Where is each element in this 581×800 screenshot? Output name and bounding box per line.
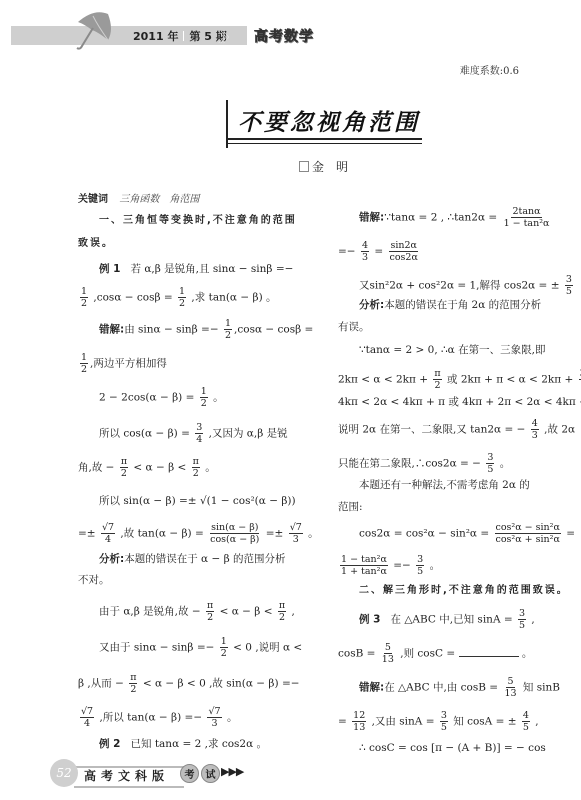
text: 2 − 2cos(α − β) = — [99, 392, 194, 404]
fraction: 1213 — [352, 710, 366, 733]
issue-info: 2011 年 第 5 期 — [133, 28, 227, 44]
text: ,故 tan(α − β) = — [120, 528, 203, 540]
wrong-solution-1: 错解:由 sinα − sinβ =− 12,cosα − cosβ = — [78, 318, 313, 341]
fraction: π2 — [278, 600, 286, 623]
fraction: 1 − tan²α1 + tan²α — [340, 554, 388, 577]
text: β ,从而 − — [78, 678, 124, 690]
fraction: 34 — [195, 422, 203, 445]
text: 又sin²2α + cos²2α = 1,解得 cos2α = ± — [359, 280, 560, 292]
example-label: 例 2 — [99, 738, 120, 750]
fraction: 35 — [486, 452, 494, 475]
text: < α − β < 0 ,故 sin(α − β) =− — [143, 678, 300, 690]
text: 。 — [308, 528, 319, 540]
text: 本题的错误在于 α − β 的范围分析 — [124, 553, 285, 565]
example-3-cont: cosB = 513 ,则 cosC = 。 — [338, 642, 532, 665]
fraction: √74 — [80, 706, 94, 729]
cos2a-correct: 只能在第二象限,∴cos2α = − 35 。 — [338, 452, 510, 475]
text: cos2α = cos²α − sin²α = — [359, 528, 489, 540]
text: = — [338, 716, 347, 728]
analysis-label: 分析: — [99, 553, 124, 565]
analysis-1-cont: 不对。 — [78, 573, 110, 587]
fraction: π2 — [192, 456, 200, 479]
text: < α − β < — [133, 462, 186, 474]
text: 。 — [522, 648, 533, 660]
fraction: 513 — [381, 642, 395, 665]
range-1: 角,故 − π2 < α − β < π2 。 — [78, 456, 216, 479]
fraction: 43 — [361, 240, 369, 263]
example-2: 例 2 已知 tanα = 2 ,求 cos2α 。 — [78, 737, 267, 751]
badge-kao: 考 — [180, 764, 199, 783]
wrong-solution-3: 错解:在 △ABC 中,由 cosB = 513 知 sinB — [338, 676, 560, 699]
text: 在 △ABC 中,由 cosB = — [384, 682, 498, 694]
fraction: 12 — [200, 386, 208, 409]
fraction: sin2αcos2α — [389, 240, 419, 263]
fraction: 35 — [518, 608, 526, 631]
sin-result: 所以 sin(α − β) =± √(1 − cos²(α − β)) — [78, 494, 296, 508]
tan-result-wrong: =± √74 ,故 tan(α − β) = sin(α − β)cos(α −… — [78, 522, 319, 545]
text: ∵tanα = 2 , ∴tan2α = — [384, 212, 497, 224]
fraction: 513 — [503, 676, 517, 699]
text: =− — [338, 246, 356, 258]
fraction: 12 — [220, 636, 228, 659]
text: 。 — [430, 560, 441, 572]
wrong-solution-2: 错解:∵tanα = 2 , ∴tan2α = 2tanα1 − tan²α — [338, 206, 552, 229]
fraction: π2 — [206, 600, 214, 623]
text: 在 △ABC 中,已知 sinA = — [390, 614, 512, 626]
analysis-label: 分析: — [359, 299, 384, 311]
author-byline: 金 明 — [299, 158, 348, 175]
example-text: 若 α,β 是锐角,且 sinα − sinβ =− — [130, 263, 293, 275]
sign-check: 又由于 sinα − sinβ =− 12 < 0 ,说明 α < — [78, 636, 302, 659]
article-title: 不要忽视角范围 — [238, 104, 420, 137]
fraction: 35 — [565, 274, 573, 297]
text: ,cosα − cosβ = — [234, 324, 313, 336]
text: 所以 cos(α − β) = — [99, 428, 190, 440]
badge-shi: 试 — [201, 764, 220, 783]
wrong-solution-label: 错解: — [99, 324, 124, 336]
issue-year: 2011 年 — [133, 28, 178, 44]
quadrant-conclusion: 说明 2α 在第一、二象限,又 tan2α = − 43 ,故 2α — [338, 418, 575, 441]
wrong-solution-1-cont: 12,两边平方相加得 — [78, 352, 167, 375]
text: = — [374, 246, 383, 258]
edition-name: 高考文科版 — [84, 767, 169, 784]
example-3: 例 3 在 △ABC 中,已知 sinA = 35 , — [338, 608, 535, 631]
fraction: 12 — [80, 286, 88, 309]
alt-result: 1 − tan²α1 + tan²α =− 35 。 — [338, 554, 440, 577]
text: < 0 ,说明 α < — [233, 642, 302, 654]
arrows-icon: ▶▶▶ — [221, 765, 243, 778]
text: 。 — [205, 462, 216, 474]
fraction: 45 — [522, 710, 530, 733]
keywords: 三角函数 角范围 — [119, 194, 199, 205]
text: = — [566, 528, 575, 540]
alt-method-cont: 范围: — [338, 500, 363, 514]
fraction: √73 — [207, 706, 221, 729]
analysis-2: 分析:本题的错误在于角 2α 的范围分析 — [338, 298, 541, 312]
text: =± — [78, 528, 96, 540]
text: ,则 cosC = — [400, 648, 455, 660]
text: 又由于 sinα − sinβ =− — [99, 642, 214, 654]
text: < α − β < — [220, 606, 273, 618]
fraction: π2 — [120, 456, 128, 479]
example-label: 例 1 — [99, 263, 120, 275]
text: 。 — [213, 392, 224, 404]
tan2a-value: =− 43 = sin2αcos2α — [338, 240, 421, 263]
fraction: sin(α − β)cos(α − β) — [209, 522, 260, 545]
umbrella-icon — [68, 10, 118, 52]
2alpha-range: 4kπ < 2α < 4kπ + π 或 4kπ + 2π < 2α < 4kπ… — [338, 395, 581, 409]
page-number: 52 — [50, 759, 78, 787]
alpha-range: 2kπ < α < 2kπ + π2 或 2kπ + π < α < 2kπ +… — [338, 368, 581, 391]
text: =± — [266, 528, 284, 540]
title-rule-vertical — [226, 100, 228, 148]
text: 。 — [500, 458, 511, 470]
fraction: 12 — [178, 286, 186, 309]
example-1: 例 1 若 α,β 是锐角,且 sinα − sinβ =− — [78, 262, 293, 276]
cosC-derivation: ∴ cosC = cos [π − (A + B)] = − cos — [338, 741, 546, 755]
equation-1: 2 − 2cos(α − β) = 12 。 — [78, 386, 224, 409]
text: , — [531, 614, 534, 626]
example-label: 例 3 — [359, 614, 380, 626]
analysis-2-cont: 有误。 — [338, 320, 370, 334]
example-1-cont: 12 ,cosα − cosβ = 12 ,求 tan(α − β) 。 — [78, 286, 277, 309]
text: 说明 2α 在第一、二象限,又 tan2α = − — [338, 424, 525, 436]
fraction: cos²α − sin²αcos²α + sin²α — [495, 522, 561, 545]
title-rule-2 — [226, 143, 422, 144]
text: ,又由 sinA = — [372, 716, 435, 728]
alt-equation: cos2α = cos²α − sin²α = cos²α − sin²αcos… — [338, 522, 575, 545]
chevrons-icon: 〉〉〉 — [218, 27, 232, 46]
text: 。 — [227, 712, 238, 724]
text: 或 2kπ + π < α < 2kπ + — [447, 374, 573, 386]
fraction: 43 — [531, 418, 539, 441]
fraction: √74 — [101, 522, 115, 545]
text: 知 cosA = ± — [453, 716, 516, 728]
text: =− — [393, 560, 411, 572]
keywords-label: 关键词 — [78, 194, 108, 205]
text: , — [291, 606, 294, 618]
section-heading-1-cont: 致误。 — [78, 237, 114, 251]
text: 由 sinα − sinβ =− — [124, 324, 218, 336]
text: , — [535, 716, 538, 728]
text: ,求 tan(α − β) 。 — [191, 292, 276, 304]
text: ,cosα − cosβ = — [93, 292, 172, 304]
text: cosB = — [338, 648, 375, 660]
fraction: π2 — [129, 672, 137, 695]
analysis-1: 分析:本题的错误在于 α − β 的范围分析 — [78, 552, 286, 566]
author-box-icon — [299, 161, 309, 172]
wrong-solution-3-cont: = 1213 ,又由 sinA = 35 知 cosA = ± 45 , — [338, 710, 539, 733]
keywords-line: 关键词 三角函数 角范围 — [78, 192, 199, 207]
text: ,两边平方相加得 — [90, 358, 167, 370]
author-name: 金 明 — [312, 158, 348, 175]
fraction: √73 — [289, 522, 303, 545]
section-heading-1: 一、三角恒等变换时,不注意角的范围 — [78, 214, 297, 228]
fraction: 2tanα1 − tan²α — [503, 206, 551, 229]
text: 本题的错误在于角 2α 的范围分析 — [384, 299, 541, 311]
fraction: 35 — [440, 710, 448, 733]
title-rule-1 — [226, 138, 422, 140]
text: ,又因为 α,β 是锐 — [209, 428, 288, 440]
wrong-solution-label: 错解: — [359, 212, 384, 224]
correct-range: 由于 α,β 是锐角,故 − π2 < α − β < π2 , — [78, 600, 295, 623]
magazine-name: 高考数学 — [254, 26, 314, 46]
divider — [183, 31, 184, 41]
tan-result-correct: √74 ,所以 tan(α − β) =− √73 。 — [78, 706, 237, 729]
answer-blank — [459, 646, 519, 657]
text: 由于 α,β 是锐角,故 − — [99, 606, 201, 618]
text: 角,故 − — [78, 462, 114, 474]
example-text: 已知 tanα = 2 ,求 cos2α 。 — [130, 738, 267, 750]
text: ,所以 tan(α − β) =− — [99, 712, 202, 724]
fraction: 12 — [80, 352, 88, 375]
fraction: π2 — [433, 368, 441, 391]
text: 2kπ < α < 2kπ + — [338, 374, 428, 386]
fraction: 35 — [416, 554, 424, 577]
article-title-block: 不要忽视角范围 — [226, 100, 422, 148]
difficulty-rating: 难度系数:0.6 — [460, 62, 519, 77]
text: 只能在第二象限,∴cos2α = − — [338, 458, 481, 470]
section-heading-2: 二、解三角形时,不注意角的范围致误。 — [338, 584, 569, 598]
cos2a-wrong: 又sin²2α + cos²2α = 1,解得 cos2α = ± 35 — [338, 274, 575, 297]
quadrant-check: ∵tanα = 2 > 0, ∴α 在第一、三象限,即 — [338, 343, 545, 357]
alt-method: 本题还有一种解法,不需考虑角 2α 的 — [338, 478, 530, 492]
fraction: 12 — [224, 318, 232, 341]
cos-result: 所以 cos(α − β) = 34 ,又因为 α,β 是锐 — [78, 422, 288, 445]
narrowed-range: β ,从而 − π2 < α − β < 0 ,故 sin(α − β) =− — [78, 672, 300, 695]
text: ,故 2α — [544, 424, 575, 436]
wrong-solution-label: 错解: — [359, 682, 384, 694]
text: 知 sinB — [523, 682, 560, 694]
